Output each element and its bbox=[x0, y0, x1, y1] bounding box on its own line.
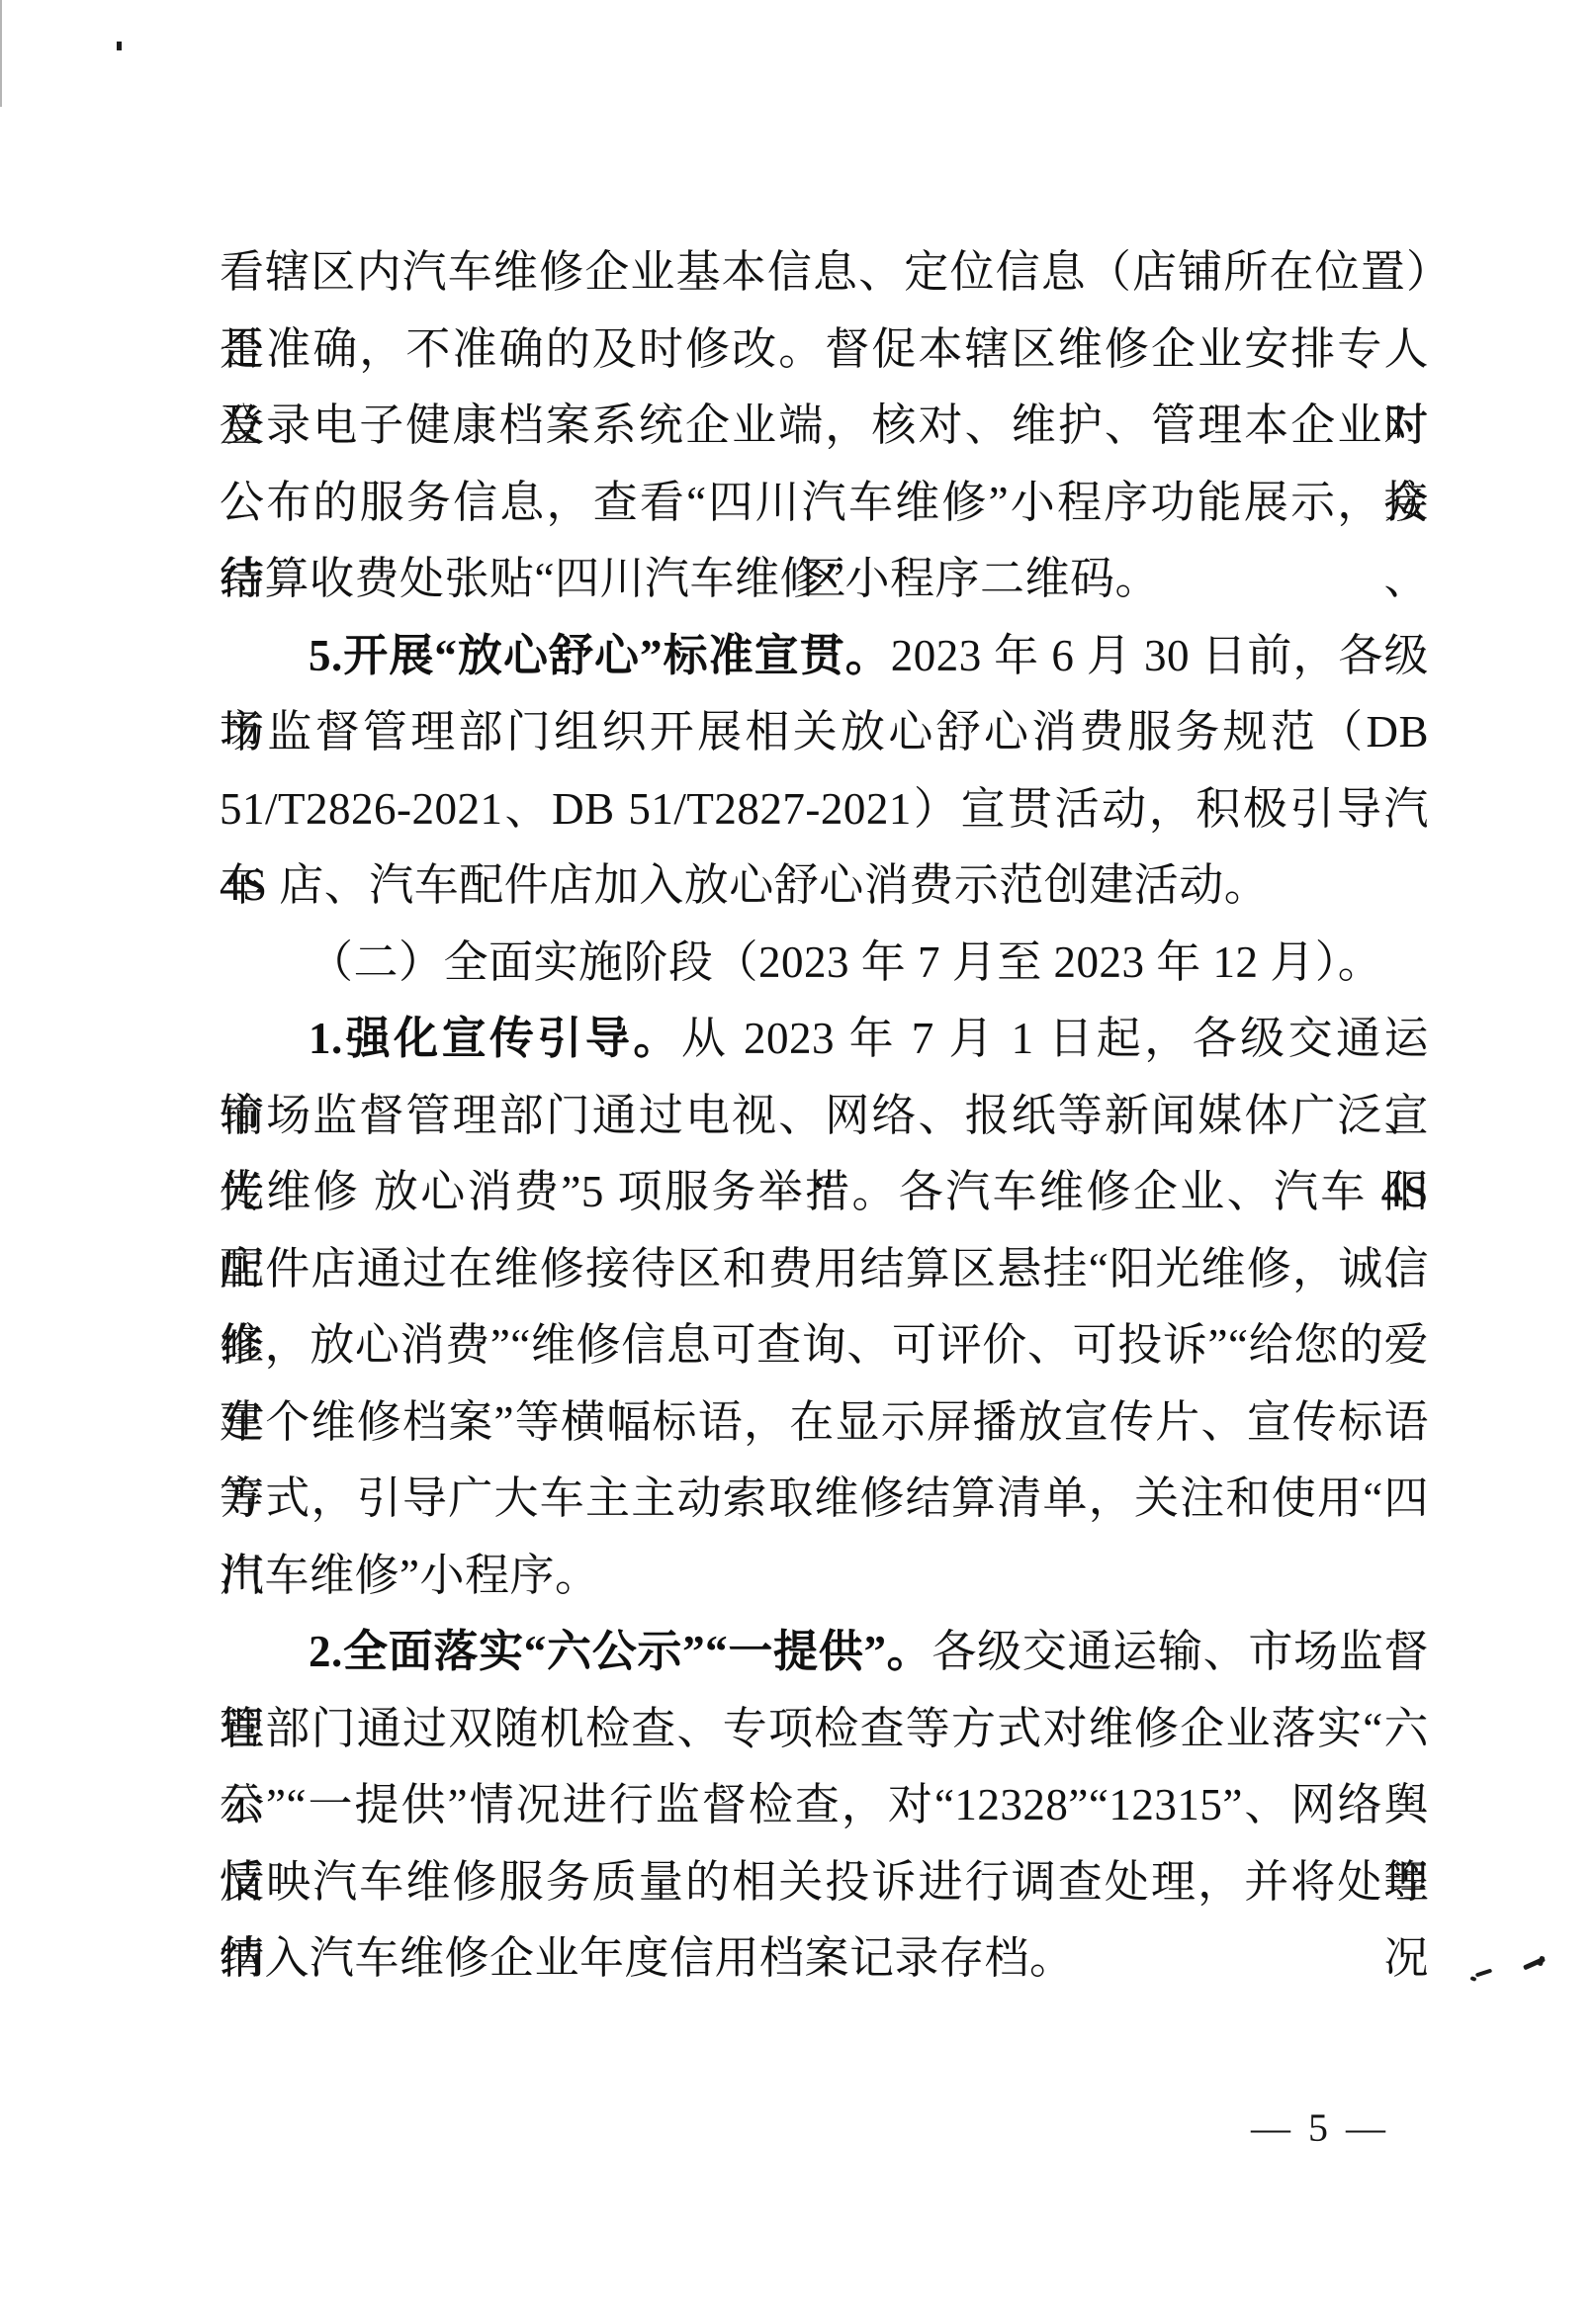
body-text: 纳入汽车维修企业年度信用档案记录存档。 bbox=[220, 1933, 1075, 1983]
text-line: 反映汽车维修服务质量的相关投诉进行调查处理，并将处理情况 bbox=[220, 1844, 1429, 1921]
body-text: 4S 店、汽车配件店加入放心舒心消费示范创建活动。 bbox=[220, 860, 1269, 910]
paragraph-3: 1.强化宣传引导。从 2023 年 7 月 1 日起，各级交通运输、市场监督管理… bbox=[220, 1001, 1429, 1614]
page-number: — 5 — bbox=[220, 2104, 1429, 2151]
text-line: 1.强化宣传引导。从 2023 年 7 月 1 日起，各级交通运输、 bbox=[220, 1001, 1429, 1078]
paragraph-2: （二）全面实施阶段（2023 年 7 月至 2023 年 12 月）。 bbox=[220, 925, 1429, 1002]
paragraph-0: 看辖区内汽车维修企业基本信息、定位信息（店铺所在位置）是否准确，不准确的及时修改… bbox=[220, 234, 1429, 618]
scan-speckle bbox=[117, 42, 122, 50]
text-line: 5.开展“放心舒心”标准宣贯。2023 年 6 月 30 日前，各级市 bbox=[220, 618, 1429, 695]
scan-speckle bbox=[1469, 1976, 1476, 1982]
body-text: 结算收费处张贴“四川汽车维修”小程序二维码。 bbox=[220, 554, 1160, 603]
text-line: 配件店通过在维修接待区和费用结算区悬挂“阳光维修，诚信维 bbox=[220, 1231, 1429, 1308]
bold-heading-text: 1.强化宣传引导。 bbox=[309, 1014, 681, 1063]
scan-edge-artifact bbox=[0, 0, 2, 107]
paragraph-1: 5.开展“放心舒心”标准宣贯。2023 年 6 月 30 日前，各级市场监督管理… bbox=[220, 618, 1429, 925]
text-line: 市场监督管理部门通过电视、网络、报纸等新闻媒体广泛宣传“阳 bbox=[220, 1078, 1429, 1155]
text-line: 51/T2826-2021、DB 51/T2827-2021）宣贯活动，积极引导… bbox=[220, 771, 1429, 848]
document-text: 看辖区内汽车维修企业基本信息、定位信息（店铺所在位置）是否准确，不准确的及时修改… bbox=[220, 234, 1429, 1998]
body-text: （二）全面实施阶段（2023 年 7 月至 2023 年 12 月）。 bbox=[309, 937, 1382, 987]
text-line: 理部门通过双随机检查、专项检查等方式对维修企业落实“六公 bbox=[220, 1691, 1429, 1768]
body-text: 场监督管理部门组织开展相关放心舒心消费服务规范（DB bbox=[220, 707, 1429, 757]
text-line: 登录电子健康档案系统企业端，核对、维护、管理本企业对公众 bbox=[220, 388, 1429, 465]
paragraph-4: 2.全面落实“六公示”“一提供”。各级交通运输、市场监督管理部门通过双随机检查、… bbox=[220, 1614, 1429, 1998]
text-line: 光维修 放心消费”5 项服务举措。各汽车维修企业、汽车 4S 店、 bbox=[220, 1154, 1429, 1231]
body-text: 汽车维修”小程序。 bbox=[220, 1551, 599, 1600]
text-line: 建个维修档案”等横幅标语，在显示屏播放宣传片、宣传标语等 bbox=[220, 1384, 1429, 1462]
text-line: 汽车维修”小程序。 bbox=[220, 1538, 1429, 1615]
document-page: 看辖区内汽车维修企业基本信息、定位信息（店铺所在位置）是否准确，不准确的及时修改… bbox=[0, 0, 1596, 2316]
text-line: 4S 店、汽车配件店加入放心舒心消费示范创建活动。 bbox=[220, 847, 1429, 925]
text-line: （二）全面实施阶段（2023 年 7 月至 2023 年 12 月）。 bbox=[220, 925, 1429, 1002]
text-line: 示”“一提供”情况进行监督检查，对“12328”“12315”、网络舆情等 bbox=[220, 1767, 1429, 1844]
bold-heading-text: 5.开展“放心舒心”标准宣贯。 bbox=[309, 631, 891, 680]
text-line: 场监督管理部门组织开展相关放心舒心消费服务规范（DB bbox=[220, 694, 1429, 771]
scan-speckle bbox=[1475, 1968, 1492, 1977]
text-line: 否准确，不准确的及时修改。督促本辖区维修企业安排专人及时 bbox=[220, 312, 1429, 389]
bold-heading-text: 2.全面落实“六公示”“一提供”。 bbox=[309, 1627, 931, 1676]
text-line: 修，放心消费”“维修信息可查询、可评价、可投诉”“给您的爱车 bbox=[220, 1307, 1429, 1384]
text-line: 方式，引导广大车主主动索取维修结算清单，关注和使用“四川 bbox=[220, 1461, 1429, 1538]
text-line: 2.全面落实“六公示”“一提供”。各级交通运输、市场监督管 bbox=[220, 1614, 1429, 1691]
text-line: 看辖区内汽车维修企业基本信息、定位信息（店铺所在位置）是 bbox=[220, 234, 1429, 312]
text-line: 公布的服务信息，查看“四川汽车维修”小程序功能展示，接待区、 bbox=[220, 465, 1429, 542]
